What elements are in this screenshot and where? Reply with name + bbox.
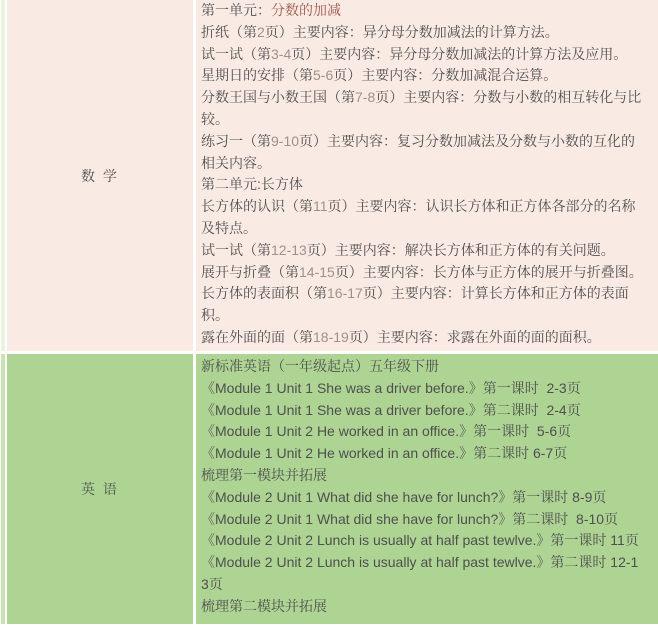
- content-line: 较。: [201, 109, 654, 131]
- left-strip: [1, 0, 5, 351]
- content-line: 新标准英语（一年级起点）五年级下册: [201, 356, 654, 378]
- content-line: 第二单元:长方体: [201, 174, 654, 196]
- content-line: 积。: [201, 305, 654, 327]
- content-line: 及特点。: [201, 218, 654, 240]
- content-line: 试一试（第12-13页）主要内容：解决长方体和正方体的有关问题。: [201, 240, 654, 262]
- subject-label: 英 语: [81, 479, 119, 499]
- table-row-math: 数 学 第一单元：分数的加减折纸（第2页）主要内容：异分母分数加减法的计算方法。…: [1, 0, 658, 351]
- content-line: 3页: [201, 574, 654, 596]
- subject-label: 数 学: [81, 166, 119, 186]
- content-line: 分数王国与小数王国（第7-8页）主要内容：分数与小数的相互转化与比: [201, 87, 654, 109]
- content-line: 《Module 2 Unit 2 Lunch is usually at hal…: [201, 552, 654, 574]
- content-line: 《Module 1 Unit 1 She was a driver before…: [201, 400, 654, 422]
- content-line: 梳理第二模块并拓展: [201, 596, 654, 618]
- content-line: 折纸（第2页）主要内容：异分母分数加减法的计算方法。: [201, 22, 654, 44]
- subject-cell: 数 学: [7, 0, 193, 351]
- content-line: 长方体的认识（第11页）主要内容：认识长方体和正方体各部分的名称: [201, 196, 654, 218]
- subject-cell: 英 语: [7, 354, 193, 624]
- content-line: 相关内容。: [201, 153, 654, 175]
- content-line: 《Module 2 Unit 1 What did she have for l…: [201, 487, 654, 509]
- content-line: 露在外面的面（第18-19页）主要内容：求露在外面的面的面积。: [201, 327, 654, 349]
- content-line: 展开与折叠（第14-15页）主要内容：长方体与正方体的展开与折叠图。: [201, 262, 654, 284]
- content-line: 《Module 1 Unit 1 She was a driver before…: [201, 378, 654, 400]
- content-line: 长方体的表面积（第16-17页）主要内容：计算长方体和正方体的表面: [201, 283, 654, 305]
- content-cell: 新标准英语（一年级起点）五年级下册《Module 1 Unit 1 She wa…: [196, 354, 658, 624]
- content-line: 《Module 2 Unit 2 Lunch is usually at hal…: [201, 530, 654, 552]
- content-line: 星期日的安排（第5-6页）主要内容：分数加减混合运算。: [201, 65, 654, 87]
- page: 数 学 第一单元：分数的加减折纸（第2页）主要内容：异分母分数加减法的计算方法。…: [0, 0, 658, 629]
- content-line: 试一试（第3-4页）主要内容：异分母分数加减法的计算方法及应用。: [201, 44, 654, 66]
- left-strip: [1, 354, 5, 624]
- content-line: 梳理第一模块并拓展: [201, 465, 654, 487]
- schedule-table: 数 学 第一单元：分数的加减折纸（第2页）主要内容：异分母分数加减法的计算方法。…: [1, 0, 658, 624]
- content-line: 《Module 1 Unit 2 He worked in an office.…: [201, 443, 654, 465]
- table-row-english: 英 语 新标准英语（一年级起点）五年级下册《Module 1 Unit 1 Sh…: [1, 354, 658, 624]
- content-line: 《Module 1 Unit 2 He worked in an office.…: [201, 421, 654, 443]
- content-line: 第一单元：分数的加减: [201, 0, 654, 22]
- content-line: 《Module 2 Unit 1 What did she have for l…: [201, 509, 654, 531]
- content-cell: 第一单元：分数的加减折纸（第2页）主要内容：异分母分数加减法的计算方法。试一试（…: [196, 0, 658, 351]
- content-line: 练习一（第9-10页）主要内容：复习分数加减法及分数与小数的互化的: [201, 131, 654, 153]
